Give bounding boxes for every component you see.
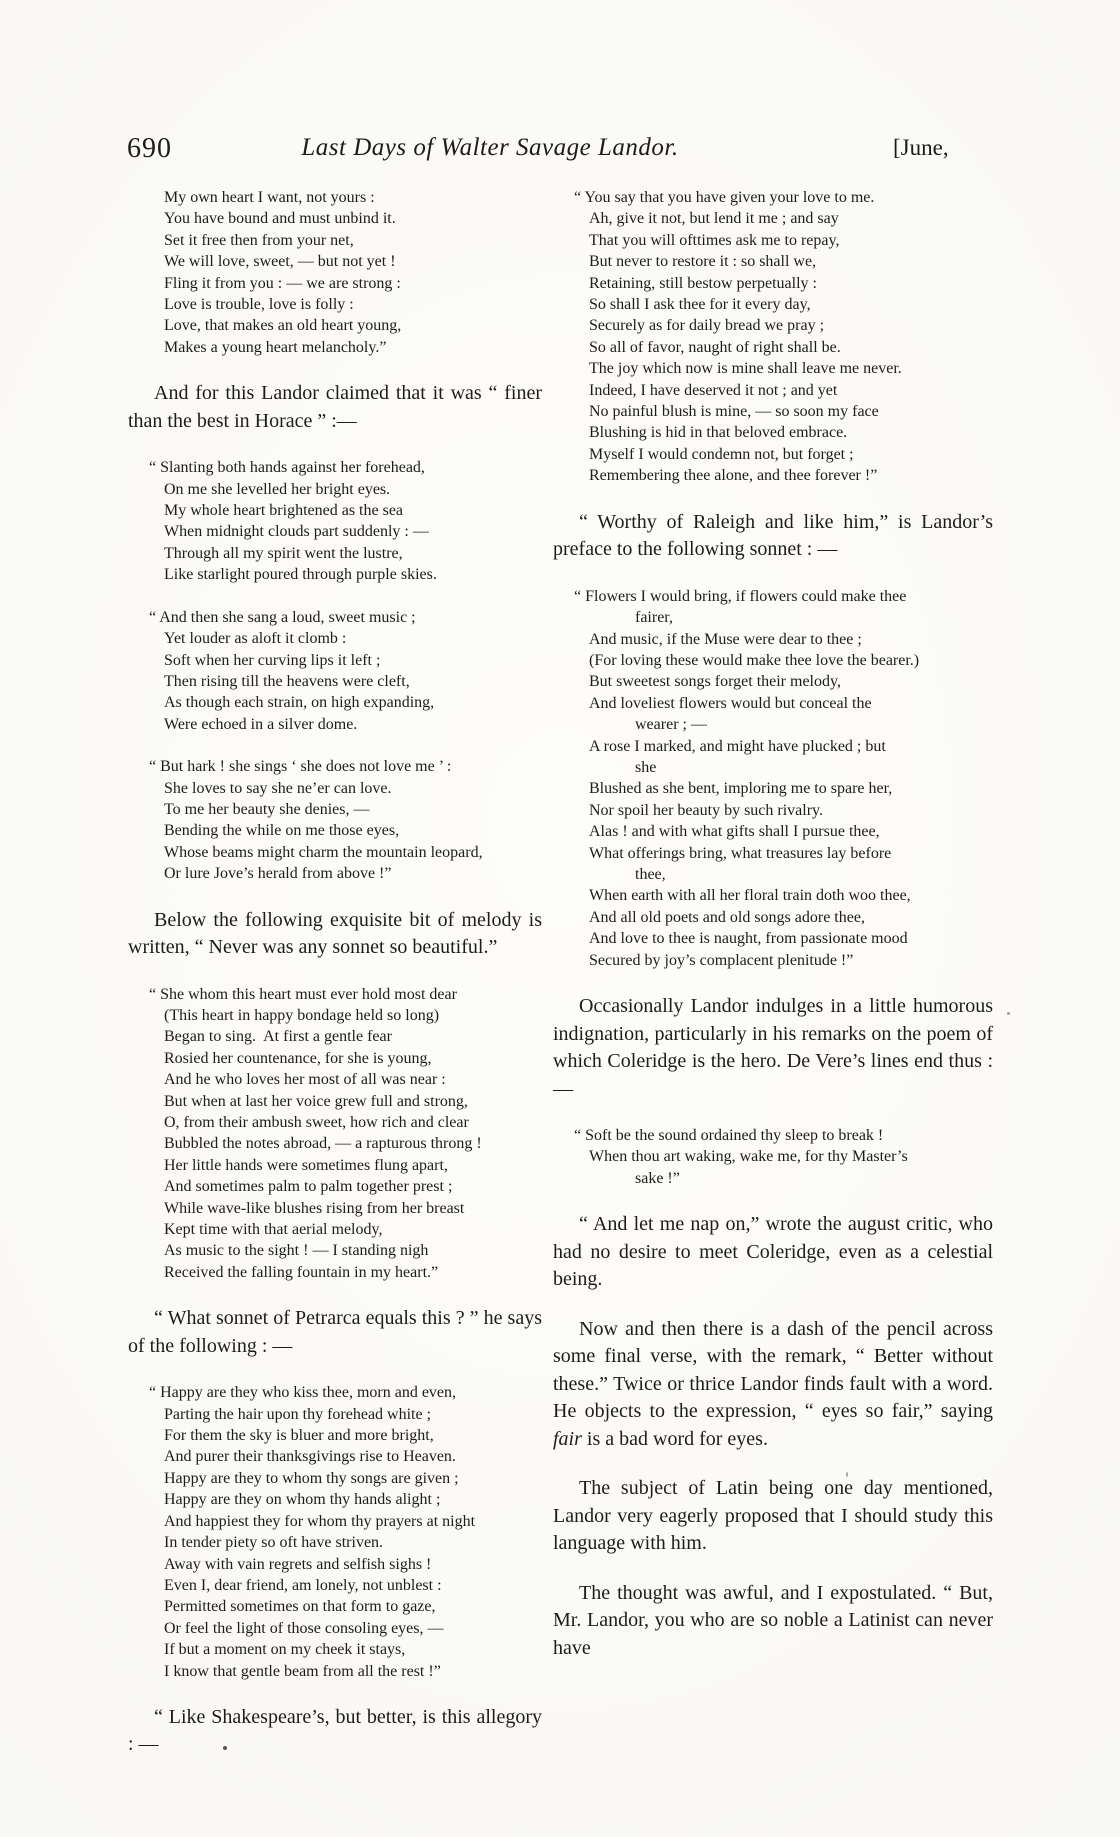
prose-text: Occasionally Landor indulges in a little…	[553, 995, 993, 1100]
verse-line: When earth with all her floral train dot…	[589, 885, 993, 906]
page-title: Last Days of Walter Savage Landor.	[150, 134, 830, 162]
issue-label: [June,	[893, 135, 949, 161]
prose-text: “ Worthy of Raleigh and like him,” is La…	[553, 511, 993, 561]
prose-paragraph: Now and then there is a dash of the penc…	[553, 1316, 993, 1454]
verse-block: “ And then she sang a loud, sweet music …	[128, 607, 542, 735]
verse-line: Were echoed in a silver dome.	[164, 714, 542, 735]
emphasized-word: fair	[553, 1428, 582, 1450]
verse-line: Away with vain regrets and selfish sighs…	[164, 1554, 542, 1575]
verse-line: Kept time with that aerial melody,	[164, 1219, 542, 1240]
verse-line: Bubbled the notes abroad, — a rapturous …	[164, 1133, 542, 1154]
verse-line: And purer their thanksgivings rise to He…	[164, 1446, 542, 1467]
verse-line: Ah, give it not, but lend it me ; and sa…	[589, 208, 993, 229]
prose-paragraph: The thought was awful, and I expostulate…	[553, 1580, 993, 1663]
verse-line: For them the sky is bluer and more brigh…	[164, 1425, 542, 1446]
prose-text: “ Like Shakespeare’s, but better, is thi…	[128, 1706, 542, 1756]
prose-text: “ What sonnet of Petrarca equals this ? …	[128, 1307, 542, 1357]
verse-line: When thou art waking, wake me, for thy M…	[589, 1146, 993, 1167]
verse-line: “ And then she sang a loud, sweet music …	[164, 607, 542, 628]
prose-paragraph: “ And let me nap on,” wrote the august c…	[553, 1211, 993, 1294]
verse-line: A rose I marked, and might have plucked …	[589, 736, 993, 757]
verse-line: “ Slanting both hands against her forehe…	[164, 457, 542, 478]
verse-line: And music, if the Muse were dear to thee…	[589, 629, 993, 650]
verse-block: “ But hark ! she sings ‘ she does not lo…	[128, 756, 542, 884]
verse-block: “ Flowers I would bring, if flowers coul…	[553, 586, 993, 971]
verse-line: What offerings bring, what treasures lay…	[589, 843, 993, 864]
prose-paragraph: Below the following exquisite bit of mel…	[128, 907, 542, 962]
verse-line: Blushed as she bent, imploring me to spa…	[589, 778, 993, 799]
verse-line: Her little hands were sometimes flung ap…	[164, 1155, 542, 1176]
scan-speck	[846, 1472, 848, 1477]
verse-line: Parting the hair upon thy forehead white…	[164, 1404, 542, 1425]
verse-block: “ Slanting both hands against her forehe…	[128, 457, 542, 585]
prose-text: The thought was awful, and I expostulate…	[553, 1582, 993, 1659]
left-column: My own heart I want, not yours :You have…	[128, 183, 542, 1781]
verse-line: “ Flowers I would bring, if flowers coul…	[589, 586, 993, 607]
verse-line: To me her beauty she denies, —	[164, 799, 542, 820]
verse-line: So shall I ask thee for it every day,	[589, 294, 993, 315]
scan-speck	[223, 1746, 227, 1750]
prose-paragraph: And for this Landor claimed that it was …	[128, 380, 542, 435]
prose-text: “ And let me nap on,” wrote the august c…	[553, 1213, 993, 1290]
verse-line: Happy are they to whom thy songs are giv…	[164, 1468, 542, 1489]
verse-line: That you will ofttimes ask me to repay,	[589, 230, 993, 251]
prose-paragraph: “ Like Shakespeare’s, but better, is thi…	[128, 1704, 542, 1759]
verse-line: “ But hark ! she sings ‘ she does not lo…	[164, 756, 542, 777]
prose-text: And for this Landor claimed that it was …	[128, 382, 542, 432]
verse-line: “ Happy are they who kiss thee, morn and…	[164, 1382, 542, 1403]
prose-text: is a bad word for eyes.	[582, 1428, 768, 1450]
prose-paragraph: Occasionally Landor indulges in a little…	[553, 993, 993, 1103]
prose-paragraph: The subject of Latin being one day menti…	[553, 1475, 993, 1558]
verse-line: Securely as for daily bread we pray ;	[589, 315, 993, 336]
verse-line: Secured by joy’s complacent plenitude !”	[589, 950, 993, 971]
verse-line: We will love, sweet, — but not yet !	[164, 251, 542, 272]
prose-paragraph: “ What sonnet of Petrarca equals this ? …	[128, 1305, 542, 1360]
verse-line: Rosied her countenance, for she is young…	[164, 1048, 542, 1069]
verse-line: While wave-like blushes rising from her …	[164, 1198, 542, 1219]
verse-line: Makes a young heart melancholy.”	[164, 337, 542, 358]
verse-line: My whole heart brightened as the sea	[164, 500, 542, 521]
verse-line: Then rising till the heavens were cleft,	[164, 671, 542, 692]
prose-text: Below the following exquisite bit of mel…	[128, 909, 542, 959]
right-column: “ You say that you have given your love …	[553, 183, 993, 1684]
verse-line: fairer,	[589, 607, 993, 628]
verse-line: And he who loves her most of all was nea…	[164, 1069, 542, 1090]
verse-line: My own heart I want, not yours :	[164, 187, 542, 208]
verse-line: Blushing is hid in that beloved embrace.	[589, 422, 993, 443]
verse-line: Bending the while on me those eyes,	[164, 820, 542, 841]
verse-line: She loves to say she ne’er can love.	[164, 778, 542, 799]
verse-line: she	[589, 757, 993, 778]
verse-line: Permitted sometimes on that form to gaze…	[164, 1596, 542, 1617]
verse-line: Soft when her curving lips it left ;	[164, 650, 542, 671]
verse-line: Fling it from you : — we are strong :	[164, 273, 542, 294]
verse-line: Retaining, still bestow perpetually :	[589, 273, 993, 294]
scan-speck	[1007, 1012, 1010, 1015]
verse-line: You have bound and must unbind it.	[164, 208, 542, 229]
verse-line: Yet louder as aloft it clomb :	[164, 628, 542, 649]
verse-line: “ You say that you have given your love …	[589, 187, 993, 208]
verse-line: In tender piety so oft have striven.	[164, 1532, 542, 1553]
verse-line: (This heart in happy bondage held so lon…	[164, 1005, 542, 1026]
verse-line: Whose beams might charm the mountain leo…	[164, 842, 542, 863]
verse-line: As music to the sight ! — I standing nig…	[164, 1240, 542, 1261]
verse-line: Or lure Jove’s herald from above !”	[164, 863, 542, 884]
verse-line: I know that gentle beam from all the res…	[164, 1661, 542, 1682]
verse-line: sake !”	[589, 1168, 993, 1189]
verse-line: Myself I would condemn not, but forget ;	[589, 444, 993, 465]
verse-line: “ She whom this heart must ever hold mos…	[164, 984, 542, 1005]
verse-line: Love is trouble, love is folly :	[164, 294, 542, 315]
verse-line: wearer ; —	[589, 714, 993, 735]
verse-line: Remembering thee alone, and thee forever…	[589, 465, 993, 486]
verse-line: Like starlight poured through purple ski…	[164, 564, 542, 585]
verse-line: And all old poets and old songs adore th…	[589, 907, 993, 928]
verse-block: “ Happy are they who kiss thee, morn and…	[128, 1382, 542, 1682]
verse-line: On me she levelled her bright eyes.	[164, 479, 542, 500]
verse-line: But when at last her voice grew full and…	[164, 1091, 542, 1112]
verse-line: So all of favor, naught of right shall b…	[589, 337, 993, 358]
verse-line: Set it free then from your net,	[164, 230, 542, 251]
verse-block: My own heart I want, not yours :You have…	[128, 187, 542, 358]
verse-line: Even I, dear friend, am lonely, not unbl…	[164, 1575, 542, 1596]
verse-line: Through all my spirit went the lustre,	[164, 543, 542, 564]
verse-line: thee,	[589, 864, 993, 885]
verse-block: “ You say that you have given your love …	[553, 187, 993, 487]
verse-line: Began to sing. At first a gentle fear	[164, 1026, 542, 1047]
verse-line: But sweetest songs forget their melody,	[589, 671, 993, 692]
verse-line: Received the falling fountain in my hear…	[164, 1262, 542, 1283]
verse-line: Indeed, I have deserved it not ; and yet	[589, 380, 993, 401]
verse-line: O, from their ambush sweet, how rich and…	[164, 1112, 542, 1133]
verse-line: No painful blush is mine, — so soon my f…	[589, 401, 993, 422]
verse-line: Happy are they on whom thy hands alight …	[164, 1489, 542, 1510]
prose-text: Now and then there is a dash of the penc…	[553, 1318, 993, 1423]
verse-line: But never to restore it : so shall we,	[589, 251, 993, 272]
verse-line: And loveliest flowers would but conceal …	[589, 693, 993, 714]
verse-line: And love to thee is naught, from passion…	[589, 928, 993, 949]
verse-line: When midnight clouds part suddenly : —	[164, 521, 542, 542]
prose-text: The subject of Latin being one day menti…	[553, 1477, 993, 1554]
verse-line: The joy which now is mine shall leave me…	[589, 358, 993, 379]
verse-line: (For loving these would make thee love t…	[589, 650, 993, 671]
verse-line: Or feel the light of those consoling eye…	[164, 1618, 542, 1639]
prose-paragraph: “ Worthy of Raleigh and like him,” is La…	[553, 509, 993, 564]
verse-line: Alas ! and with what gifts shall I pursu…	[589, 821, 993, 842]
verse-line: And happiest they for whom thy prayers a…	[164, 1511, 542, 1532]
verse-line: “ Soft be the sound ordained thy sleep t…	[589, 1125, 993, 1146]
verse-line: Love, that makes an old heart young,	[164, 315, 542, 336]
verse-block: “ Soft be the sound ordained thy sleep t…	[553, 1125, 993, 1189]
verse-line: As though each strain, on high expanding…	[164, 692, 542, 713]
verse-line: Nor spoil her beauty by such rivalry.	[589, 800, 993, 821]
verse-line: If but a moment on my cheek it stays,	[164, 1639, 542, 1660]
verse-line: And sometimes palm to palm together pres…	[164, 1176, 542, 1197]
verse-block: “ She whom this heart must ever hold mos…	[128, 984, 542, 1284]
